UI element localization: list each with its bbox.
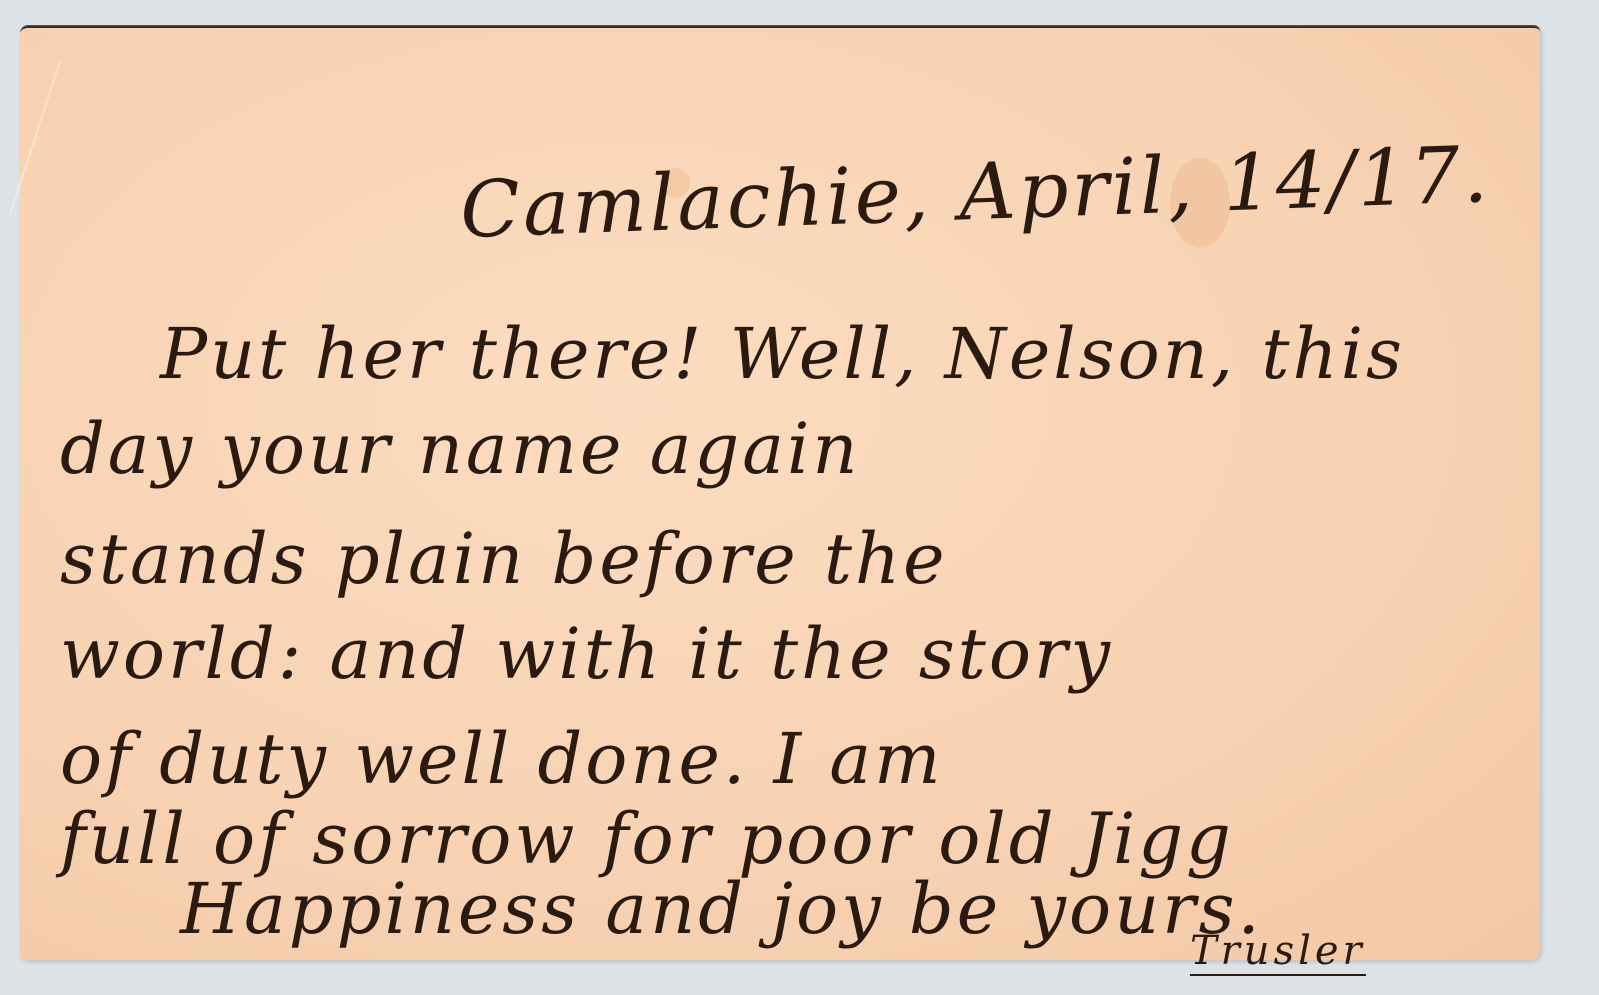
paper-crease: [9, 62, 60, 215]
message-line-3: stands plain before the: [60, 518, 948, 600]
postcard: Camlachie, April, 14/17. Put her there! …: [20, 26, 1540, 960]
heading-place: Camlachie: [459, 151, 905, 256]
message-line-1: Put her there! Well, Nelson, this: [160, 313, 1405, 395]
message-line-2: day your name again: [60, 408, 860, 490]
signature: Trusler: [1190, 928, 1366, 976]
postcard-heading: Camlachie, April, 14/17.: [459, 130, 1492, 256]
message-line-7: Happiness and joy be yours.: [180, 868, 1263, 950]
message-line-5: of duty well done. I am: [60, 718, 943, 800]
message-line-4: world: and with it the story: [60, 613, 1113, 695]
heading-date: April, 14/17.: [958, 130, 1492, 238]
